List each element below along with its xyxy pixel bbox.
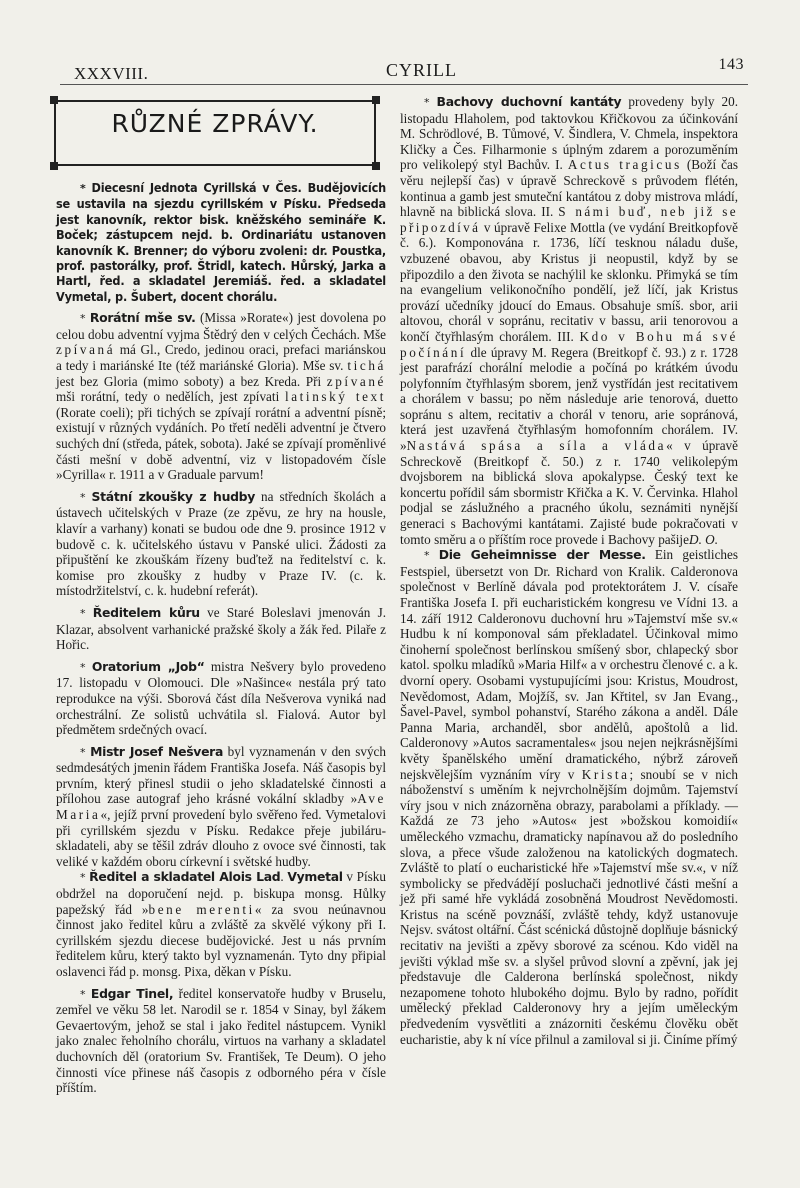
asterisk-icon: * bbox=[424, 96, 430, 109]
asterisk-icon: * bbox=[80, 607, 86, 620]
news-item-reditelem-kuru: * Ředitelem kůru ve Staré Boleslavi jmen… bbox=[56, 605, 386, 653]
spaced-emphasis: Krista bbox=[582, 767, 630, 782]
item-heading: Státní zkoušky z hudby bbox=[92, 489, 256, 504]
item-text: na středních školách a ústavech učitelsk… bbox=[56, 489, 386, 599]
news-item-diecesni-jednota: * Diecesní Jednota Cyrillská v Čes. Budě… bbox=[56, 180, 386, 304]
item-text: ; snoubí se v nich náboženství s uměním … bbox=[400, 767, 738, 1047]
section-title: RŮZNÉ ZPRÁVY. bbox=[56, 116, 374, 132]
spaced-emphasis: Nastává spása a síla a vláda bbox=[407, 438, 667, 453]
item-heading: Bachovy duchovní kantáty bbox=[437, 94, 622, 109]
asterisk-icon: * bbox=[80, 491, 86, 504]
frame-corner-ornament bbox=[372, 96, 380, 104]
left-column: RŮZNÉ ZPRÁVY. * Diecesní Jednota Cyrills… bbox=[56, 100, 386, 1102]
item-heading: Mistr Josef Nešvera bbox=[90, 744, 223, 759]
page-number: 143 bbox=[719, 56, 745, 74]
asterisk-icon: * bbox=[80, 312, 86, 325]
item-heading: Oratorium „Job“ bbox=[92, 659, 205, 674]
news-item-edgar-tinel: * Edgar Tinel, ředitel konservatoře hudb… bbox=[56, 986, 386, 1096]
right-column: * Bachovy duchovní kantáty provedeny byl… bbox=[400, 94, 738, 1053]
item-heading: Rorátní mše sv. bbox=[90, 310, 196, 325]
item-text: (Rorate coeli); při tichých se zpívají r… bbox=[56, 405, 386, 482]
spaced-emphasis: zpívaná bbox=[56, 342, 115, 357]
item-text: dle úpravy M. Regera (Breitkopf č. 93.) … bbox=[400, 345, 738, 454]
news-item-bachovy-kantaty: * Bachovy duchovní kantáty provedeny byl… bbox=[400, 94, 738, 547]
asterisk-icon: * bbox=[80, 661, 86, 674]
journal-title: CYRILL bbox=[386, 60, 457, 81]
header-rule bbox=[60, 84, 748, 85]
asterisk-icon: * bbox=[424, 549, 430, 562]
asterisk-icon: * bbox=[80, 988, 86, 1001]
item-heading: Die Geheimnisse der Messe. bbox=[439, 547, 646, 562]
news-item-vymetal: * Ředitel a skladatel Alois Lad. Vymetal… bbox=[56, 869, 386, 979]
asterisk-icon: * bbox=[80, 871, 86, 884]
asterisk-icon: * bbox=[80, 182, 86, 195]
journal-page: XXXVIII. CYRILL 143 RŮZNÉ ZPRÁVY. * Diec… bbox=[52, 0, 748, 1188]
news-item-roratni-mse: * Rorátní mše sv. (Missa »Rorate«) jest … bbox=[56, 310, 386, 483]
spaced-emphasis: tichá bbox=[347, 358, 386, 373]
frame-corner-ornament bbox=[372, 162, 380, 170]
spaced-emphasis: Actus tragicus bbox=[568, 157, 682, 172]
item-text: ředitel konservatoře hudby v Bruselu, ze… bbox=[56, 986, 386, 1096]
item-text: Diecesní Jednota Cyrillská v Čes. Budějo… bbox=[56, 180, 386, 304]
item-heading: Ředitel a skladatel Alois Lad bbox=[89, 869, 280, 884]
item-text: «, jejíž první provedení bylo svěřeno ře… bbox=[56, 807, 386, 869]
item-heading: Vymetal bbox=[287, 869, 342, 884]
frame-corner-ornament bbox=[50, 96, 58, 104]
volume-number: XXXVIII. bbox=[74, 64, 148, 84]
spaced-emphasis: zpívané bbox=[327, 374, 386, 389]
item-text: v úpravě Felixe Mottla (ve vydání Breitk… bbox=[400, 220, 738, 344]
item-text: « v úpravě Schreckově (Breitkopf č. 50.)… bbox=[400, 438, 738, 547]
item-text: mši rorátní, tedy o nedělích, jest zpíva… bbox=[56, 389, 285, 404]
item-heading: Edgar Tinel, bbox=[91, 986, 173, 1001]
frame-corner-ornament bbox=[50, 162, 58, 170]
running-head: XXXVIII. CYRILL 143 bbox=[74, 56, 748, 80]
news-item-mistr-nesvera: * Mistr Josef Nešvera byl vyznamenán v d… bbox=[56, 744, 386, 870]
item-text: jest bez Gloria (mimo soboty) a bez Kred… bbox=[56, 374, 327, 389]
item-heading: Ředitelem kůru bbox=[93, 605, 200, 620]
asterisk-icon: * bbox=[80, 746, 86, 759]
item-text: Ein geistliches Festspiel, übersetzt von… bbox=[400, 547, 738, 781]
news-item-statni-zkousky: * Státní zkoušky z hudby na středních šk… bbox=[56, 489, 386, 599]
section-title-frame: RŮZNÉ ZPRÁVY. bbox=[54, 100, 376, 166]
news-item-geheimnisse-der-messe: * Die Geheimnisse der Messe. Ein geistli… bbox=[400, 547, 738, 1047]
spaced-emphasis: latinský text bbox=[285, 389, 386, 404]
spaced-emphasis: bene merenti bbox=[149, 902, 255, 917]
news-item-oratorium-job: * Oratorium „Job“ mistra Nešvery bylo pr… bbox=[56, 659, 386, 738]
